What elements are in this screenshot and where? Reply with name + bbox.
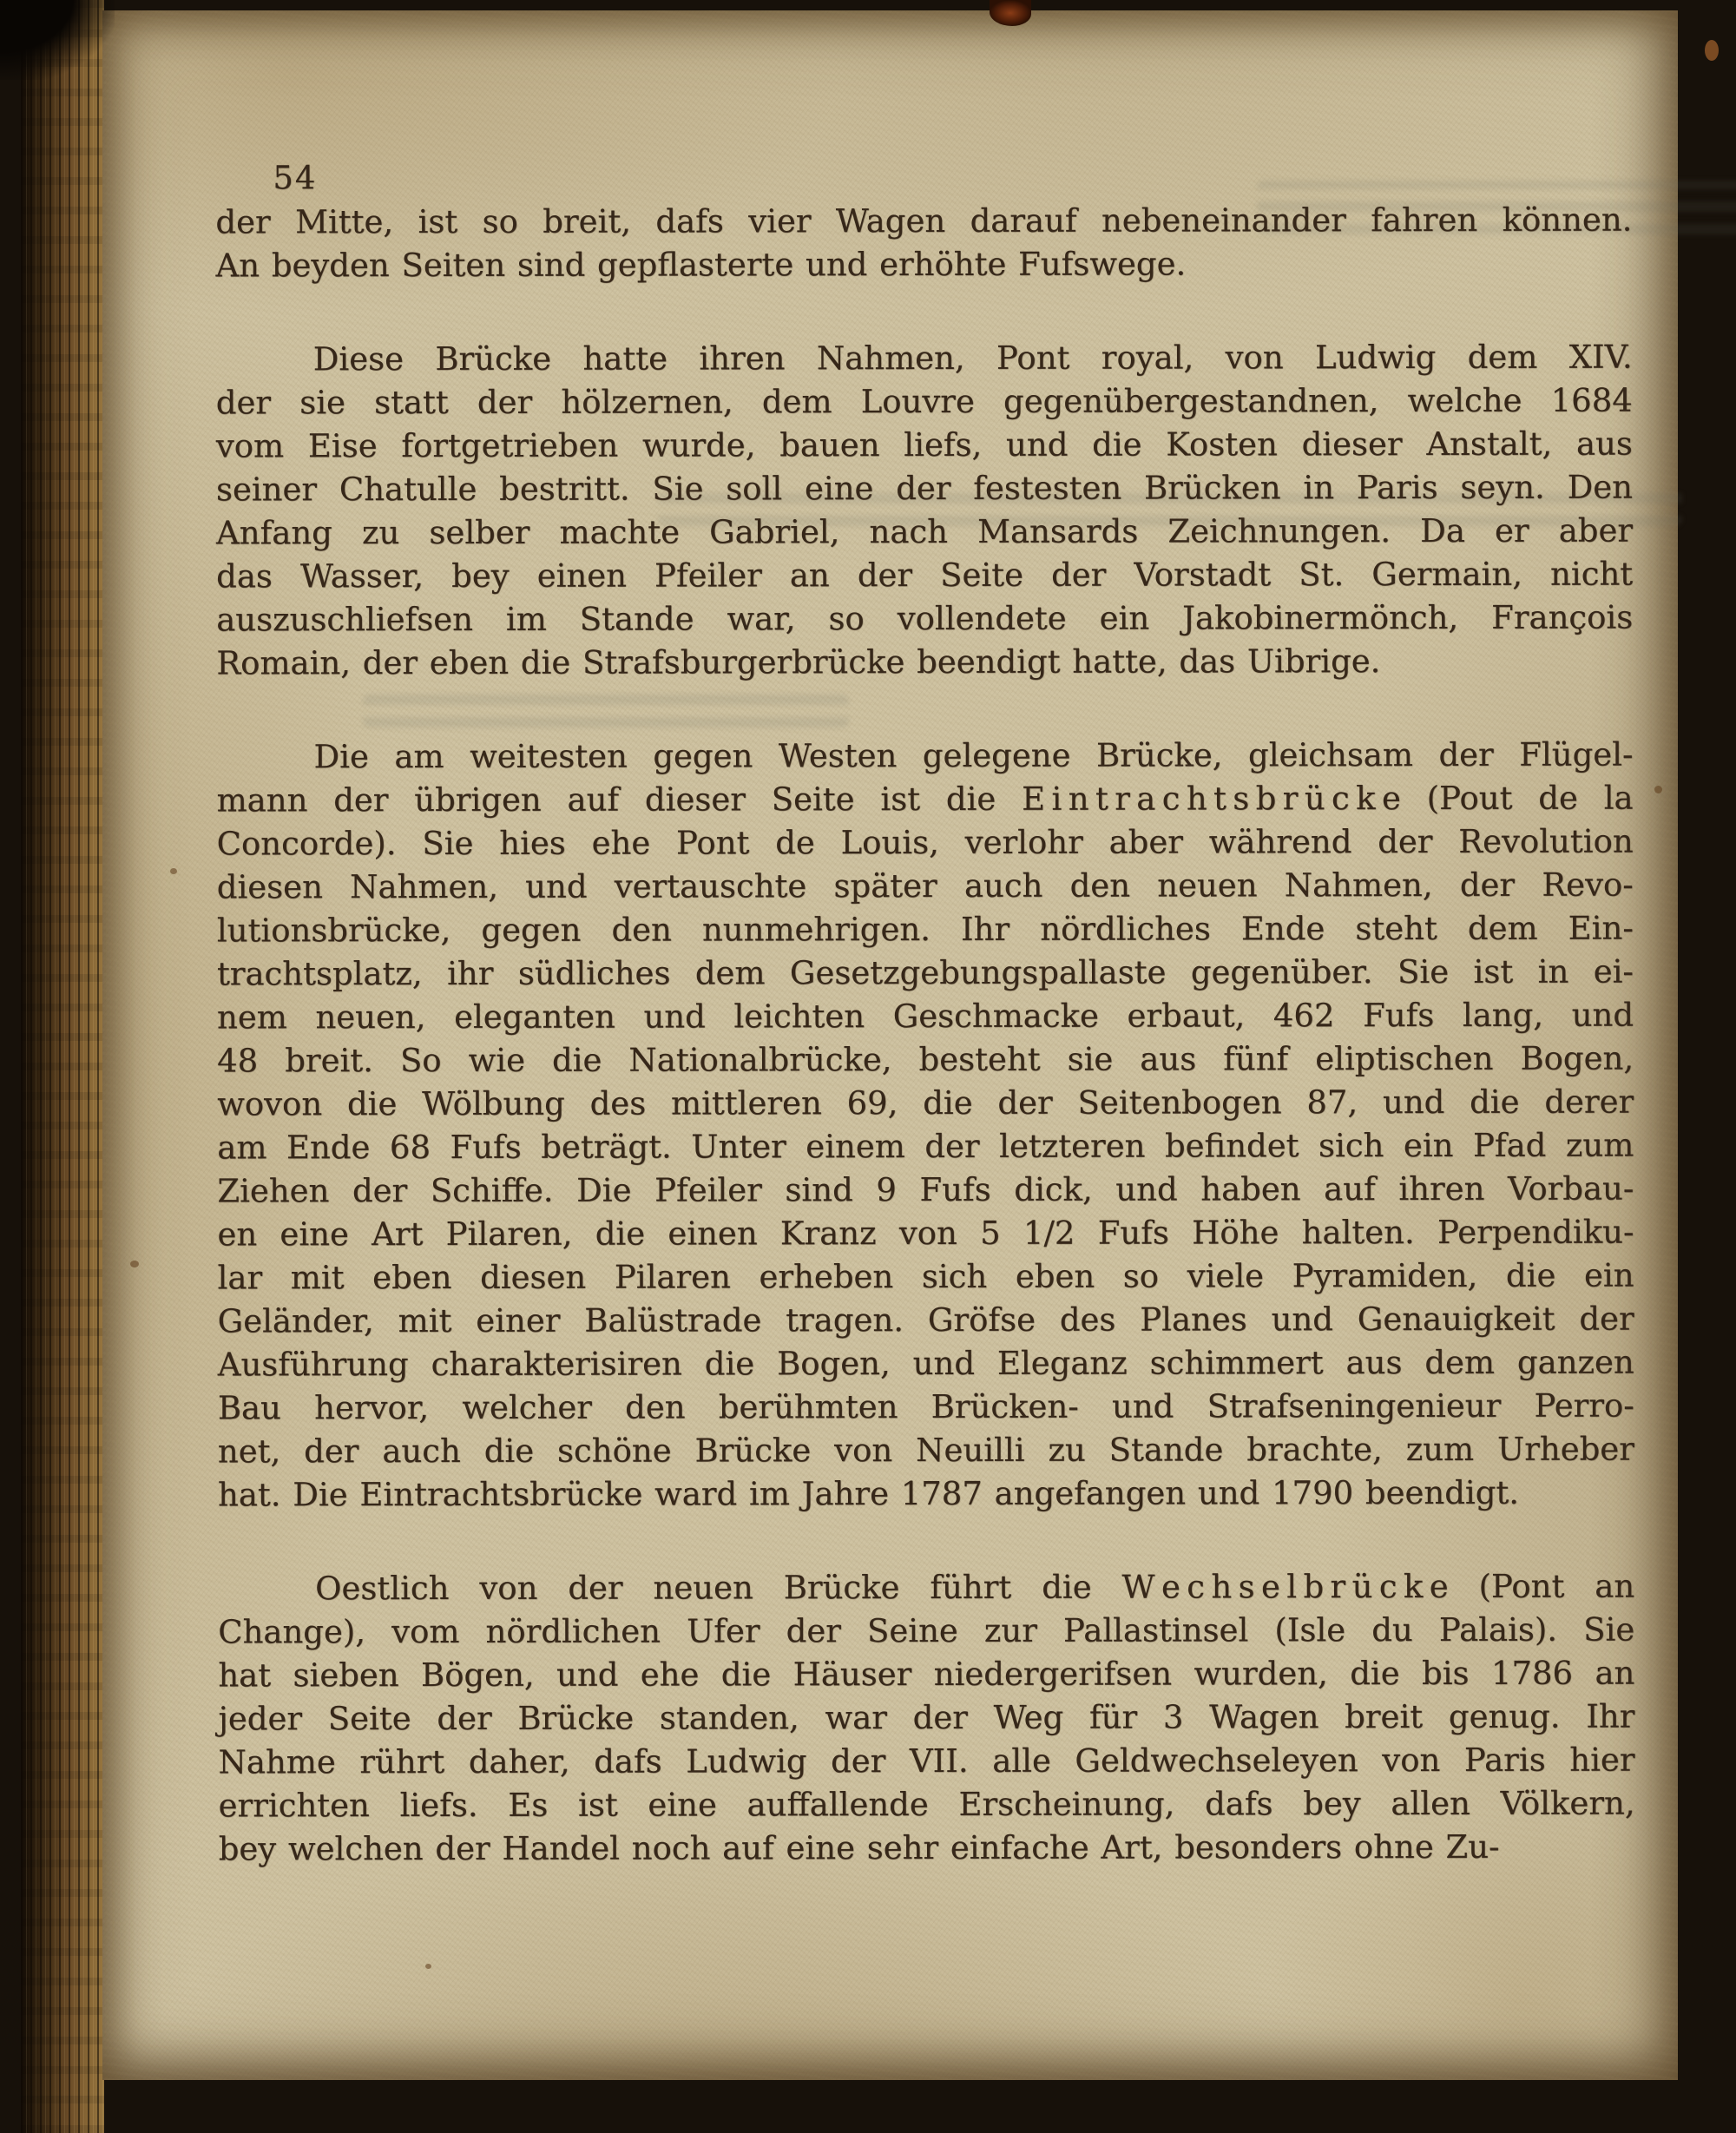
text-line: jeder Seite der Brücke standen, war der …	[218, 1695, 1634, 1741]
paper-speck	[425, 1964, 431, 1969]
text-line: diesen Nahmen, und vertauschte später au…	[217, 864, 1634, 910]
text-line: en eine Art Pilaren, die einen Kranz von…	[217, 1211, 1634, 1257]
text-line: Diese Brücke hatte ihren Nahmen, Pont ro…	[216, 336, 1633, 382]
text-line: nem neuen, eleganten und leichten Geschm…	[217, 994, 1634, 1040]
text-line: lar mit eben diesen Pilaren erheben sich…	[217, 1254, 1634, 1300]
text-line: net, der auch die schöne Brücke von Neui…	[218, 1428, 1634, 1474]
text-line: Nahme rührt daher, dafs Ludwig der VII. …	[218, 1739, 1634, 1785]
debris-speck	[990, 0, 1031, 26]
text-line: der Mitte, ist so breit, dafs vier Wagen…	[215, 199, 1632, 245]
text-line: am Ende 68 Fufs beträgt. Unter einem der…	[217, 1124, 1634, 1170]
debris-speck	[1705, 40, 1719, 61]
paragraph: Oestlich von der neuen Brücke führt die …	[218, 1565, 1635, 1872]
text-line: Bau hervor, welcher den berühmten Brücke…	[218, 1385, 1634, 1431]
book-page: 54 der Mitte, ist so breit, dafs vier Wa…	[102, 10, 1678, 2080]
text-line: lutionsbrücke, gegen den nunmehrigen. Ih…	[217, 907, 1634, 953]
paragraph: Diese Brücke hatte ihren Nahmen, Pont ro…	[216, 336, 1634, 686]
text-line: bey welchen der Handel noch auf eine seh…	[219, 1826, 1635, 1872]
text-line: hat. Die Eintrachtsbrücke ward im Jahre …	[218, 1471, 1634, 1517]
text-line: Change), vom nördlichen Ufer der Seine z…	[218, 1609, 1634, 1655]
text-line: Oestlich von der neuen Brücke führt die …	[218, 1565, 1634, 1611]
text-line: Die am weitesten gegen Westen gelegene B…	[216, 734, 1633, 780]
paper-speck	[170, 868, 177, 874]
text-line: vom Eise fortgetrieben wurde, bauen lief…	[216, 423, 1633, 469]
text-line: trachtsplatz, ihr südliches dem Gesetzge…	[217, 951, 1634, 997]
text-line: 48 breit. So wie die Nationalbrücke, bes…	[217, 1037, 1634, 1083]
text-line: der sie statt der hölzernen, dem Louvre …	[216, 379, 1633, 425]
scanned-book-photo: { "page": { "page_number": "54", "paragr…	[0, 0, 1736, 2133]
text-line: Ausführung charakterisiren die Bogen, un…	[218, 1341, 1634, 1387]
book-gutter-page-edges	[21, 0, 104, 2133]
text-line: errichten liefs. Es ist eine auffallende…	[219, 1782, 1635, 1828]
paragraph: der Mitte, ist so breit, dafs vier Wagen…	[215, 199, 1632, 288]
text-line: seiner Chatulle bestritt. Sie soll eine …	[216, 466, 1633, 512]
text-line: Romain, der eben die Strafsburgerbrücke …	[216, 640, 1633, 686]
paragraph: Die am weitesten gegen Westen gelegene B…	[216, 734, 1634, 1517]
photo-dark-corner	[0, 0, 115, 80]
text-line: mann der übrigen auf dieser Seite ist di…	[217, 777, 1634, 823]
page-number: 54	[273, 157, 1632, 198]
text-line: das Wasser, bey einen Pfeiler an der Sei…	[216, 553, 1633, 599]
text-line: Geländer, mit einer Balüstrade tragen. G…	[218, 1298, 1634, 1344]
text-line: Ziehen der Schiffe. Die Pfeiler sind 9 F…	[217, 1168, 1634, 1214]
paper-speck	[130, 1261, 139, 1267]
text-line: wovon die Wölbung des mittleren 69, die …	[217, 1081, 1634, 1127]
text-block: 54 der Mitte, ist so breit, dafs vier Wa…	[215, 157, 1634, 1872]
text-line: Concorde). Sie hies ehe Pont de Louis, v…	[217, 820, 1634, 866]
text-line: Anfang zu selber machte Gabriel, nach Ma…	[216, 510, 1633, 556]
text-line: hat sieben Bögen, und ehe die Häuser nie…	[218, 1652, 1634, 1698]
text-line: auszuschliefsen im Stande war, so vollen…	[216, 596, 1633, 642]
paper-speck	[1654, 786, 1662, 793]
text-line: An beyden Seiten sind gepflasterte und e…	[215, 242, 1632, 288]
